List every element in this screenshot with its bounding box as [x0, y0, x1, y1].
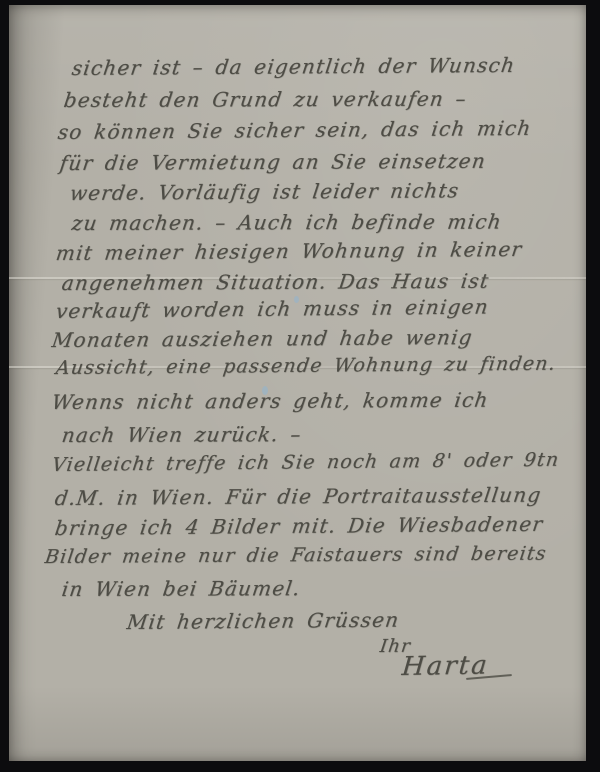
handwritten-line-2: besteht den Grund zu verkaufen – [62, 87, 468, 112]
handwritten-line-15: d.M. in Wien. Für die Portraitausstellun… [53, 483, 543, 510]
handwritten-line-7: mit meiner hiesigen Wohnung in keiner [54, 237, 524, 265]
handwritten-line-10: Monaten ausziehen und habe wenig [50, 325, 474, 352]
handwritten-line-8: angenehmen Situation. Das Haus ist [60, 269, 491, 295]
letter-closing: Mit herzlichen Grüssen [125, 608, 401, 634]
handwritten-line-16: bringe ich 4 Bilder mit. Die Wiesbadener [53, 512, 544, 540]
handwritten-line-12: Wenns nicht anders geht, komme ich [50, 388, 490, 414]
handwritten-line-5: werde. Vorläufig ist leider nichts [68, 178, 461, 205]
handwritten-line-4: für die Vermietung an Sie einsetzen [58, 149, 487, 175]
handwritten-line-1: sicher ist – da eigentlich der Wunsch [70, 53, 516, 80]
handwritten-line-11: Aussicht, eine passende Wohnung zu finde… [55, 353, 558, 379]
handwritten-line-6: zu machen. – Auch ich befinde mich [70, 210, 503, 235]
letter-scan: sicher ist – da eigentlich der Wunsch be… [0, 0, 600, 772]
handwritten-line-17: Bilder meine nur die Faistauers sind ber… [44, 543, 549, 568]
handwritten-line-3: so können Sie sicher sein, das ich mich [56, 116, 533, 144]
handwritten-line-18: in Wien bei Bäumel. [60, 576, 302, 601]
handwritten-line-9: verkauft worden ich muss in einigen [54, 294, 490, 323]
handwritten-line-13: nach Wien zurück. – [60, 422, 303, 447]
